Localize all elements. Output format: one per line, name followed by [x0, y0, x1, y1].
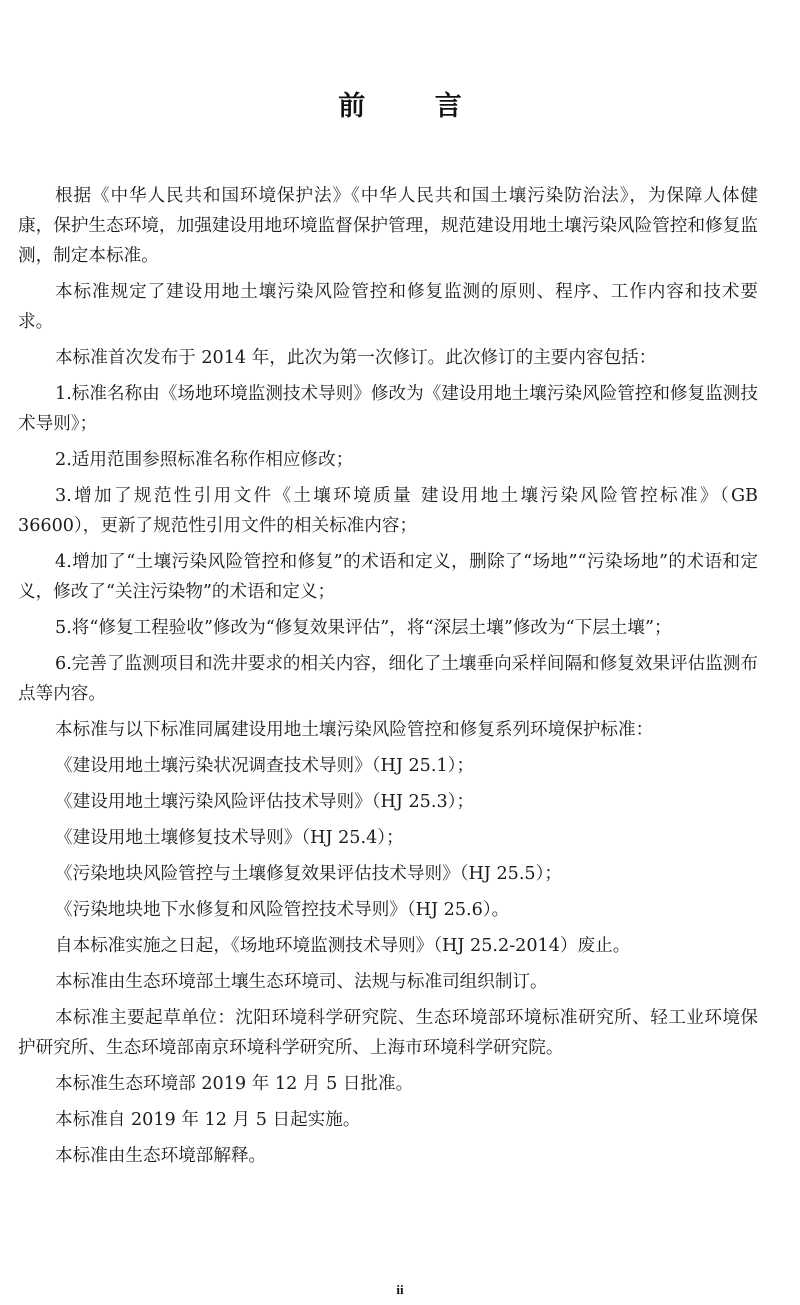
- paragraph-scope: 本标准规定了建设用地土壤污染风险管控和修复监测的原则、程序、工作内容和技术要求。: [18, 277, 758, 337]
- revision-item-1: 1.标准名称由《场地环境监测技术导则》修改为《建设用地土壤污染风险管控和修复监测…: [18, 379, 758, 439]
- paragraph-legal-basis: 根据《中华人民共和国环境保护法》《中华人民共和国土壤污染防治法》，为保障人体健康…: [18, 181, 758, 271]
- paragraph-series-intro: 本标准与以下标准同属建设用地土壤污染风险管控和修复系列环境保护标准：: [18, 715, 758, 745]
- revision-item-4: 4.增加了“土壤污染风险管控和修复”的术语和定义，删除了“场地”“污染场地”的术…: [18, 547, 758, 607]
- page-number: ii: [0, 1282, 800, 1298]
- paragraph-organizer: 本标准由生态环境部土壤生态环境司、法规与标准司组织制订。: [18, 967, 758, 997]
- revision-item-6: 6.完善了监测项目和洗井要求的相关内容，细化了土壤垂向采样间隔和修复效果评估监测…: [18, 649, 758, 709]
- revision-item-3: 3.增加了规范性引用文件《土壤环境质量 建设用地土壤污染风险管控标准》（GB 3…: [18, 481, 758, 541]
- paragraph-interpretation: 本标准由生态环境部解释。: [18, 1141, 758, 1171]
- revision-item-5: 5.将“修复工程验收”修改为“修复效果评估”，将“深层土壤”修改为“下层土壤”；: [18, 613, 758, 643]
- revision-item-2: 2.适用范围参照标准名称作相应修改；: [18, 445, 758, 475]
- paragraph-effective-date: 本标准自 2019 年 12 月 5 日起实施。: [18, 1105, 758, 1135]
- paragraph-drafters: 本标准主要起草单位：沈阳环境科学研究院、生态环境部环境标准研究所、轻工业环境保护…: [18, 1003, 758, 1063]
- paragraph-approval-date: 本标准生态环境部 2019 年 12 月 5 日批准。: [18, 1069, 758, 1099]
- series-standard-hj-25-1: 《建设用地土壤污染状况调查技术导则》（HJ 25.1）；: [18, 751, 758, 781]
- paragraph-abolish: 自本标准实施之日起，《场地环境监测技术导则》（HJ 25.2-2014）废止。: [18, 931, 758, 961]
- series-standard-hj-25-6: 《污染地块地下水修复和风险管控技术导则》（HJ 25.6）。: [18, 895, 758, 925]
- page-title: 前 言: [0, 84, 800, 123]
- foreword-body: 根据《中华人民共和国环境保护法》《中华人民共和国土壤污染防治法》，为保障人体健康…: [18, 181, 758, 1177]
- paragraph-revision-intro: 本标准首次发布于 2014 年，此次为第一次修订。此次修订的主要内容包括：: [18, 343, 758, 373]
- series-standard-hj-25-5: 《污染地块风险管控与土壤修复效果评估技术导则》（HJ 25.5）；: [18, 859, 758, 889]
- series-standard-hj-25-3: 《建设用地土壤污染风险评估技术导则》（HJ 25.3）；: [18, 787, 758, 817]
- series-standard-hj-25-4: 《建设用地土壤修复技术导则》（HJ 25.4）；: [18, 823, 758, 853]
